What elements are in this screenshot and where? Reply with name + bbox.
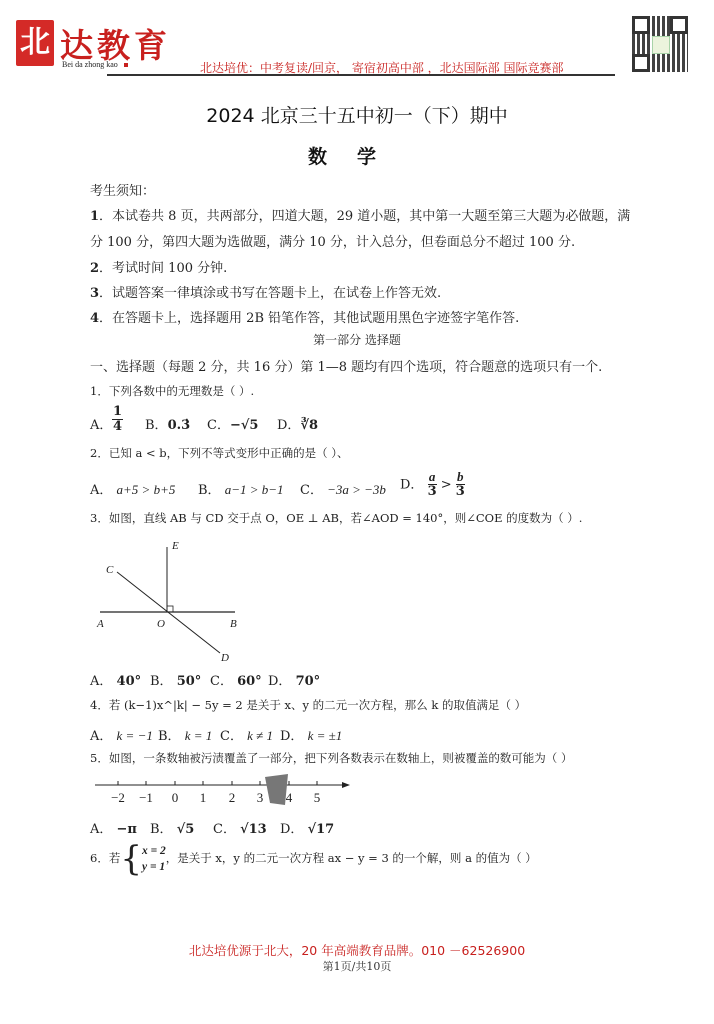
geometry-figure: ECA OBD xyxy=(90,535,250,665)
svg-text:A: A xyxy=(96,618,104,630)
question-4-options: A． k = −1 B． k = 1 C． k ≠ 1 D． k = ±1 xyxy=(90,725,390,743)
logo-pinyin: Bei da zhong kao xyxy=(62,60,128,69)
question-3-stem: 3．如图，直线 AB 与 CD 交于点 O，OE ⊥ AB，若∠AOD = 14… xyxy=(90,510,582,526)
question-2-stem: 2．已知 a < b，下列不等式变形中正确的是（ ）、 xyxy=(90,445,349,461)
svg-text:−2: −2 xyxy=(111,790,125,805)
svg-text:4: 4 xyxy=(286,790,293,805)
svg-text:D: D xyxy=(220,652,229,664)
part1-heading: 第一部分 选择题 xyxy=(0,331,714,348)
option-4b: B． k = 1 xyxy=(158,725,212,744)
notice-item-4: 4．在答题卡上，选择题用 2B 铅笔作答，其他试题用黑色字迹签字笔作答. xyxy=(90,307,519,326)
svg-text:3: 3 xyxy=(257,790,264,805)
option-5a: A． −π xyxy=(90,818,137,837)
question-1-options: A． 14 B．0.3̇ C．−√5 D．∛8 xyxy=(90,405,590,439)
question-1-stem: 1．下列各数中的无理数是（ ）. xyxy=(90,383,254,399)
qr-code-icon xyxy=(632,16,688,72)
svg-text:O: O xyxy=(157,618,165,630)
option-1c: C．−√5 xyxy=(207,414,258,433)
section-heading: 一、选择题（每题 2 分，共 16 分）第 1—8 题均有四个选项，符合题意的选… xyxy=(90,356,602,375)
option-3a: A． 40° xyxy=(90,670,141,689)
option-2c: C． −3a > −3b xyxy=(300,479,386,498)
option-2d: D． a3 > b3 xyxy=(400,470,465,500)
question-5-stem: 5．如图，一条数轴被污渍覆盖了一部分，把下列各数表示在数轴上，则被覆盖的数可能为… xyxy=(90,750,572,766)
option-4a: A． k = −1 xyxy=(90,725,153,744)
option-1d: D．∛8 xyxy=(277,414,318,433)
option-2a: A． a+5 > b+5 xyxy=(90,479,175,498)
option-4c: C． k ≠ 1 xyxy=(220,725,273,744)
option-3b: B． 50° xyxy=(150,670,201,689)
question-3-options: A． 40° B． 50° C． 60° D． 70° xyxy=(90,670,390,688)
option-5d: D． √17 xyxy=(280,818,334,837)
notice-item-2: 2．考试时间 100 分钟. xyxy=(90,257,227,276)
option-5c: C． √13 xyxy=(213,818,267,837)
subject-title: 数学 xyxy=(0,142,714,169)
notice-item-3: 3．试题答案一律填涂或书写在答题卡上，在试卷上作答无效. xyxy=(90,282,441,301)
option-1a: 14 xyxy=(112,405,123,435)
page-number: 第1页/共10页 xyxy=(0,958,714,974)
header-divider xyxy=(107,74,615,76)
notice-item-1: 1．本试卷共 8 页，共两部分，四道大题，29 道小题，其中第一大题至第三大题为… xyxy=(90,205,630,224)
option-5b: B． √5 xyxy=(150,818,194,837)
footer-promo: 北达培优源于北大，20 年高端教育品牌。010 －62526900 xyxy=(0,941,714,959)
option-2b: B． a−1 > b−1 xyxy=(198,479,284,498)
question-5-options: A． −π B． √5 C． √13 D． √17 xyxy=(90,818,390,836)
option-1b: B．0.3̇ xyxy=(145,414,190,433)
svg-text:C: C xyxy=(106,564,114,576)
number-line-figure: −2−101 2345 xyxy=(90,772,350,812)
svg-text:E: E xyxy=(171,540,179,552)
notice-heading: 考生须知： xyxy=(90,180,155,199)
svg-text:1: 1 xyxy=(200,790,207,805)
notice-item-1-cont: 分 100 分，第四大题为选做题，满分 10 分，计入总分，但卷面总分不超过 1… xyxy=(90,231,575,250)
svg-text:2: 2 xyxy=(229,790,236,805)
question-6-stem: 6．若{x = 2y = 1，是关于 x，y 的二元一次方程 ax − y = … xyxy=(90,842,537,876)
svg-text:5: 5 xyxy=(314,790,321,805)
option-4d: D． k = ±1 xyxy=(280,725,342,744)
svg-text:−1: −1 xyxy=(139,790,153,805)
logo-mark: 北 xyxy=(16,20,54,66)
exam-title: 2024 北京三十五中初一（下）期中 xyxy=(0,101,714,128)
svg-text:B: B xyxy=(230,618,237,630)
option-3c: C． 60° xyxy=(210,670,262,689)
option-3d: D． 70° xyxy=(268,670,320,689)
question-2-options: A． a+5 > b+5 B． a−1 > b−1 C． −3a > −3b D… xyxy=(90,470,610,504)
question-4-stem: 4．若 (k−1)x^|k| − 5y = 2 是关于 x、y 的二元一次方程，… xyxy=(90,697,526,713)
svg-text:0: 0 xyxy=(172,790,179,805)
